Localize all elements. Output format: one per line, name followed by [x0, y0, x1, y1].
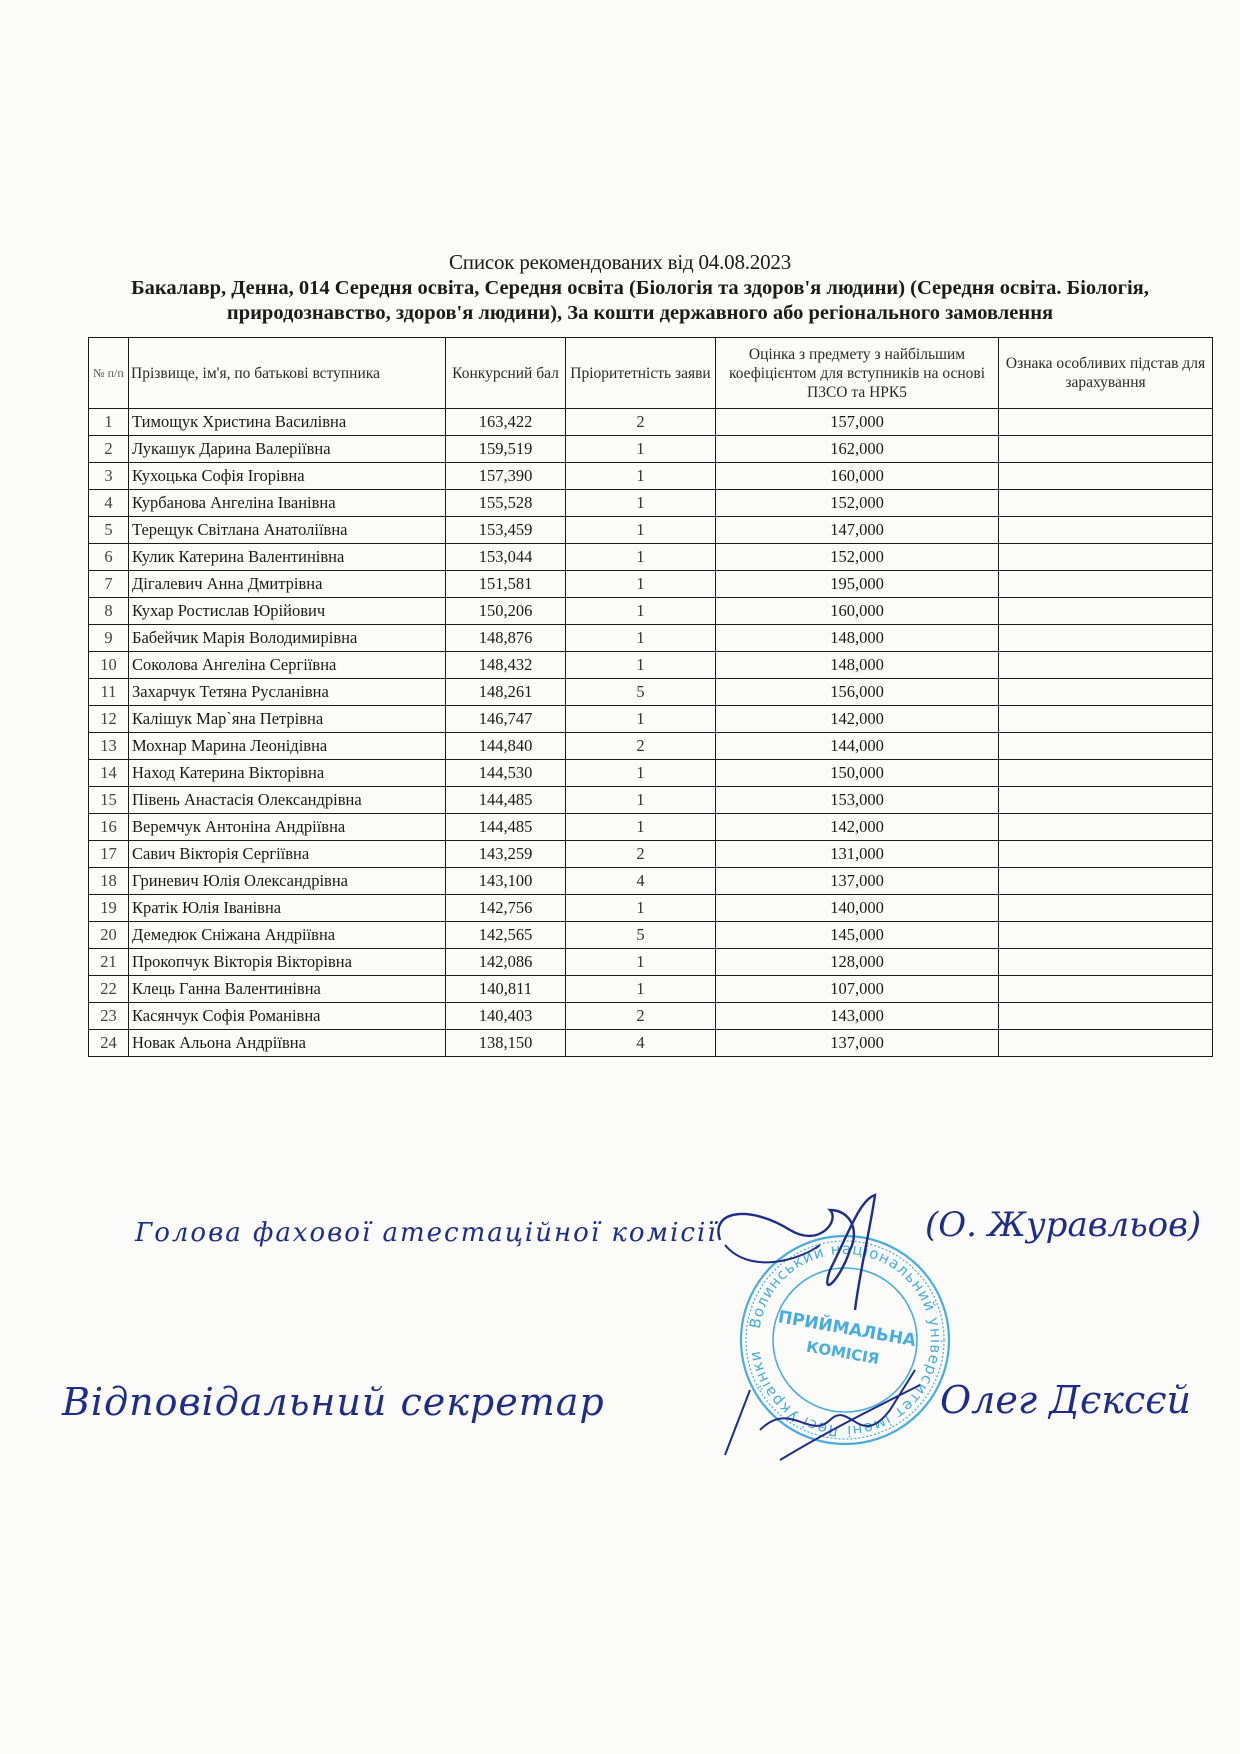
application-priority: 2 — [566, 1003, 716, 1030]
subject-score: 195,000 — [716, 571, 999, 598]
subject-score: 140,000 — [716, 895, 999, 922]
competition-score: 143,259 — [446, 841, 566, 868]
special-grounds — [999, 436, 1213, 463]
subject-score: 137,000 — [716, 868, 999, 895]
competition-score: 148,432 — [446, 652, 566, 679]
special-grounds — [999, 1030, 1213, 1057]
competition-score: 144,840 — [446, 733, 566, 760]
subject-score: 160,000 — [716, 463, 999, 490]
secretary-name-handwritten: Олег Дєксєй — [940, 1378, 1191, 1422]
table-row: 6Кулик Катерина Валентинівна153,0441152,… — [89, 544, 1213, 571]
subject-score: 148,000 — [716, 652, 999, 679]
competition-score: 144,485 — [446, 814, 566, 841]
competition-score: 144,485 — [446, 787, 566, 814]
subject-score: 160,000 — [716, 598, 999, 625]
applicant-name: Савич Вікторія Сергіївна — [129, 841, 446, 868]
special-grounds — [999, 787, 1213, 814]
subject-score: 150,000 — [716, 760, 999, 787]
application-priority: 4 — [566, 1030, 716, 1057]
application-priority: 5 — [566, 679, 716, 706]
subject-score: 152,000 — [716, 490, 999, 517]
competition-score: 144,530 — [446, 760, 566, 787]
subject-score: 142,000 — [716, 814, 999, 841]
row-number: 7 — [89, 571, 129, 598]
row-number: 17 — [89, 841, 129, 868]
application-priority: 1 — [566, 544, 716, 571]
row-number: 1 — [89, 409, 129, 436]
applicant-name: Кулик Катерина Валентинівна — [129, 544, 446, 571]
table-row: 1Тимощук Христина Василівна163,4222157,0… — [89, 409, 1213, 436]
competition-score: 148,261 — [446, 679, 566, 706]
table-row: 17Савич Вікторія Сергіївна143,2592131,00… — [89, 841, 1213, 868]
row-number: 23 — [89, 1003, 129, 1030]
row-number: 14 — [89, 760, 129, 787]
row-number: 2 — [89, 436, 129, 463]
competition-score: 140,403 — [446, 1003, 566, 1030]
subject-score: 142,000 — [716, 706, 999, 733]
application-priority: 1 — [566, 625, 716, 652]
applicant-name: Касянчук Софія Романівна — [129, 1003, 446, 1030]
competition-score: 163,422 — [446, 409, 566, 436]
table-header-row: № п/п Прізвище, ім'я, по батькові вступн… — [89, 338, 1213, 409]
competition-score: 153,044 — [446, 544, 566, 571]
subject-score: 145,000 — [716, 922, 999, 949]
applicant-name: Гриневич Юлія Олександрівна — [129, 868, 446, 895]
application-priority: 1 — [566, 517, 716, 544]
special-grounds — [999, 463, 1213, 490]
applicant-name: Соколова Ангеліна Сергіївна — [129, 652, 446, 679]
subject-score: 143,000 — [716, 1003, 999, 1030]
row-number: 8 — [89, 598, 129, 625]
document-subtitle: Бакалавр, Денна, 014 Середня освіта, Сер… — [80, 276, 1200, 326]
applicant-name: Терещук Світлана Анатоліївна — [129, 517, 446, 544]
table-row: 3Кухоцька Софія Ігорівна157,3901160,000 — [89, 463, 1213, 490]
applicant-name: Лукашук Дарина Валеріївна — [129, 436, 446, 463]
special-grounds — [999, 652, 1213, 679]
table-row: 16Веремчук Антоніна Андріївна144,4851142… — [89, 814, 1213, 841]
application-priority: 1 — [566, 949, 716, 976]
application-priority: 1 — [566, 760, 716, 787]
table-row: 23Касянчук Софія Романівна140,4032143,00… — [89, 1003, 1213, 1030]
table-row: 11Захарчук Тетяна Русланівна148,2615156,… — [89, 679, 1213, 706]
table-row: 8Кухар Ростислав Юрійович150,2061160,000 — [89, 598, 1213, 625]
special-grounds — [999, 895, 1213, 922]
row-number: 13 — [89, 733, 129, 760]
competition-score: 155,528 — [446, 490, 566, 517]
applicant-name: Новак Альона Андріївна — [129, 1030, 446, 1057]
secretary-signature — [720, 1360, 940, 1470]
application-priority: 1 — [566, 598, 716, 625]
row-number: 9 — [89, 625, 129, 652]
competition-score: 143,100 — [446, 868, 566, 895]
subject-score: 144,000 — [716, 733, 999, 760]
row-number: 11 — [89, 679, 129, 706]
subject-score: 148,000 — [716, 625, 999, 652]
table-row: 9Бабейчик Марія Володимирівна148,8761148… — [89, 625, 1213, 652]
chair-label-handwritten: Голова фахової атестаційної комісії — [135, 1218, 718, 1248]
row-number: 10 — [89, 652, 129, 679]
special-grounds — [999, 706, 1213, 733]
table-body: 1Тимощук Христина Василівна163,4222157,0… — [89, 409, 1213, 1057]
application-priority: 1 — [566, 571, 716, 598]
row-number: 22 — [89, 976, 129, 1003]
table-row: 4Курбанова Ангеліна Іванівна155,5281152,… — [89, 490, 1213, 517]
applicant-name: Бабейчик Марія Володимирівна — [129, 625, 446, 652]
table-row: 5Терещук Світлана Анатоліївна153,4591147… — [89, 517, 1213, 544]
subject-score: 131,000 — [716, 841, 999, 868]
special-grounds — [999, 922, 1213, 949]
subject-score: 137,000 — [716, 1030, 999, 1057]
competition-score: 142,756 — [446, 895, 566, 922]
row-number: 15 — [89, 787, 129, 814]
application-priority: 1 — [566, 787, 716, 814]
row-number: 12 — [89, 706, 129, 733]
special-grounds — [999, 571, 1213, 598]
header-special: Ознака особливих підстав для зарахування — [999, 338, 1213, 409]
application-priority: 2 — [566, 733, 716, 760]
subject-score: 162,000 — [716, 436, 999, 463]
applicant-name: Прокопчук Вікторія Вікторівна — [129, 949, 446, 976]
special-grounds — [999, 1003, 1213, 1030]
competition-score: 142,565 — [446, 922, 566, 949]
special-grounds — [999, 949, 1213, 976]
table-row: 22Клець Ганна Валентинівна140,8111107,00… — [89, 976, 1213, 1003]
header-subject: Оцінка з предмету з найбільшим коефіцієн… — [716, 338, 999, 409]
special-grounds — [999, 409, 1213, 436]
application-priority: 1 — [566, 814, 716, 841]
competition-score: 159,519 — [446, 436, 566, 463]
application-priority: 1 — [566, 490, 716, 517]
row-number: 3 — [89, 463, 129, 490]
table-row: 12Калішук Мар`яна Петрівна146,7471142,00… — [89, 706, 1213, 733]
applicant-name: Калішук Мар`яна Петрівна — [129, 706, 446, 733]
special-grounds — [999, 976, 1213, 1003]
chair-signature — [710, 1190, 910, 1330]
application-priority: 1 — [566, 463, 716, 490]
subject-score: 156,000 — [716, 679, 999, 706]
table-row: 13Мохнар Марина Леонідівна144,8402144,00… — [89, 733, 1213, 760]
competition-score: 148,876 — [446, 625, 566, 652]
row-number: 16 — [89, 814, 129, 841]
special-grounds — [999, 625, 1213, 652]
header-name: Прізвище, ім'я, по батькові вступника — [129, 338, 446, 409]
subject-score: 157,000 — [716, 409, 999, 436]
special-grounds — [999, 760, 1213, 787]
table-row: 20Демедюк Сніжана Андріївна142,5655145,0… — [89, 922, 1213, 949]
subject-score: 107,000 — [716, 976, 999, 1003]
applicant-name: Півень Анастасія Олександрівна — [129, 787, 446, 814]
row-number: 18 — [89, 868, 129, 895]
special-grounds — [999, 544, 1213, 571]
row-number: 5 — [89, 517, 129, 544]
row-number: 4 — [89, 490, 129, 517]
document-title: Список рекомендованих від 04.08.2023 — [0, 250, 1240, 275]
row-number: 6 — [89, 544, 129, 571]
applicant-name: Дігалевич Анна Дмитрівна — [129, 571, 446, 598]
applicant-name: Веремчук Антоніна Андріївна — [129, 814, 446, 841]
special-grounds — [999, 598, 1213, 625]
row-number: 20 — [89, 922, 129, 949]
header-priority: Пріоритетність заяви — [566, 338, 716, 409]
row-number: 21 — [89, 949, 129, 976]
competition-score: 157,390 — [446, 463, 566, 490]
subject-score: 152,000 — [716, 544, 999, 571]
table-row: 7Дігалевич Анна Дмитрівна151,5811195,000 — [89, 571, 1213, 598]
subject-score: 153,000 — [716, 787, 999, 814]
applicant-name: Кратік Юлія Іванівна — [129, 895, 446, 922]
applicant-name: Кухар Ростислав Юрійович — [129, 598, 446, 625]
applicant-name: Захарчук Тетяна Русланівна — [129, 679, 446, 706]
table-row: 15Півень Анастасія Олександрівна144,4851… — [89, 787, 1213, 814]
competition-score: 150,206 — [446, 598, 566, 625]
row-number: 24 — [89, 1030, 129, 1057]
application-priority: 1 — [566, 895, 716, 922]
special-grounds — [999, 679, 1213, 706]
application-priority: 2 — [566, 841, 716, 868]
subject-score: 147,000 — [716, 517, 999, 544]
competition-score: 153,459 — [446, 517, 566, 544]
applicant-name: Мохнар Марина Леонідівна — [129, 733, 446, 760]
row-number: 19 — [89, 895, 129, 922]
recommended-list-table: № п/п Прізвище, ім'я, по батькові вступн… — [88, 337, 1213, 1057]
application-priority: 5 — [566, 922, 716, 949]
application-priority: 1 — [566, 976, 716, 1003]
competition-score: 138,150 — [446, 1030, 566, 1057]
competition-score: 142,086 — [446, 949, 566, 976]
special-grounds — [999, 841, 1213, 868]
special-grounds — [999, 517, 1213, 544]
applicant-name: Тимощук Христина Василівна — [129, 409, 446, 436]
application-priority: 1 — [566, 436, 716, 463]
special-grounds — [999, 490, 1213, 517]
competition-score: 140,811 — [446, 976, 566, 1003]
table-row: 21Прокопчук Вікторія Вікторівна142,08611… — [89, 949, 1213, 976]
chair-name-handwritten: (О. Журавльов) — [925, 1205, 1201, 1245]
table-row: 2Лукашук Дарина Валеріївна159,5191162,00… — [89, 436, 1213, 463]
application-priority: 2 — [566, 409, 716, 436]
table-row: 18Гриневич Юлія Олександрівна143,1004137… — [89, 868, 1213, 895]
table-row: 10Соколова Ангеліна Сергіївна148,4321148… — [89, 652, 1213, 679]
subject-score: 128,000 — [716, 949, 999, 976]
secretary-label-handwritten: Відповідальний секретар — [62, 1380, 605, 1424]
application-priority: 1 — [566, 706, 716, 733]
competition-score: 146,747 — [446, 706, 566, 733]
table-row: 14Наход Катерина Вікторівна144,5301150,0… — [89, 760, 1213, 787]
table-row: 19Кратік Юлія Іванівна142,7561140,000 — [89, 895, 1213, 922]
special-grounds — [999, 868, 1213, 895]
special-grounds — [999, 733, 1213, 760]
competition-score: 151,581 — [446, 571, 566, 598]
applicant-name: Кухоцька Софія Ігорівна — [129, 463, 446, 490]
applicant-name: Клець Ганна Валентинівна — [129, 976, 446, 1003]
application-priority: 4 — [566, 868, 716, 895]
table-row: 24Новак Альона Андріївна138,1504137,000 — [89, 1030, 1213, 1057]
header-score: Конкурсний бал — [446, 338, 566, 409]
header-num: № п/п — [89, 338, 129, 409]
applicant-name: Демедюк Сніжана Андріївна — [129, 922, 446, 949]
applicant-name: Наход Катерина Вікторівна — [129, 760, 446, 787]
application-priority: 1 — [566, 652, 716, 679]
applicant-name: Курбанова Ангеліна Іванівна — [129, 490, 446, 517]
special-grounds — [999, 814, 1213, 841]
